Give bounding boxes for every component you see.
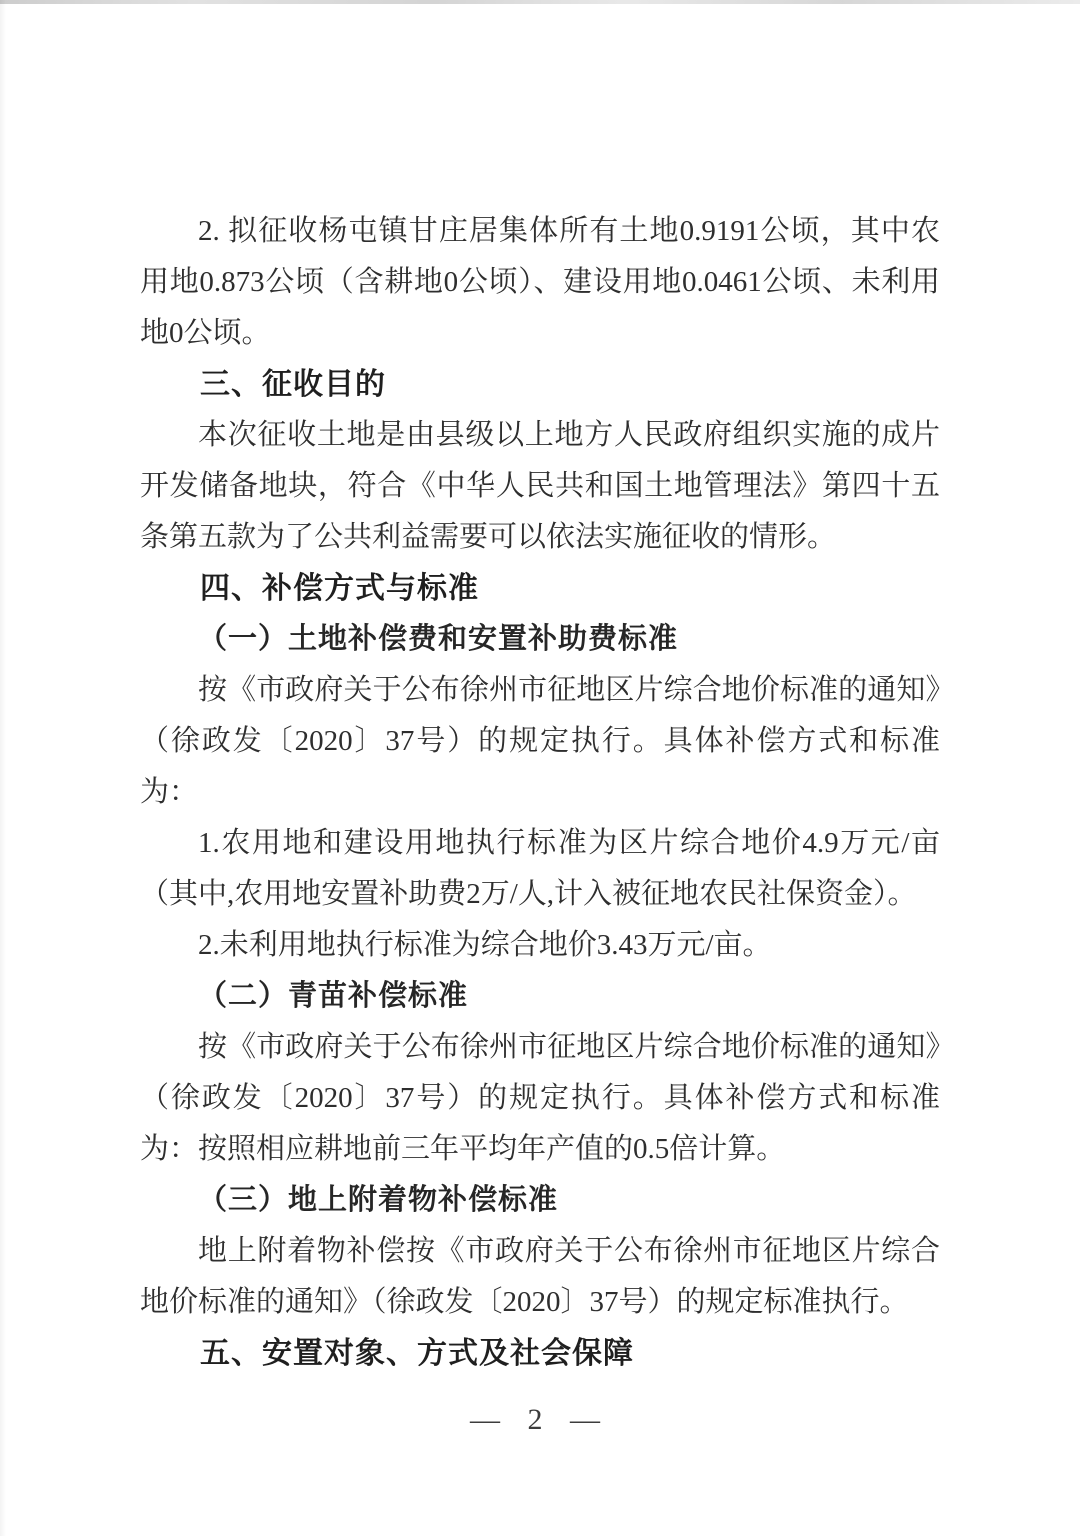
body-paragraph-attachments: 地上附着物补偿按《市政府关于公布徐州市征地区片综合地价标准的通知》（徐政发〔20… bbox=[140, 1226, 940, 1328]
body-paragraph-farmland-standard: 1.农用地和建设用地执行标准为区片综合地价4.9万元/亩（其中,农用地安置补助费… bbox=[140, 818, 940, 920]
subsection-heading-crops: （二）青苗补偿标准 bbox=[140, 971, 940, 1022]
section-heading-purpose: 三、征收目的 bbox=[140, 359, 940, 410]
body-paragraph-unused-standard: 2.未利用地执行标准为综合地价3.43万元/亩。 bbox=[140, 920, 940, 971]
subsection-heading-attachments: （三）地上附着物补偿标准 bbox=[140, 1175, 940, 1226]
document-content: 2. 拟征收杨屯镇甘庄居集体所有土地0.9191公顷，其中农用地0.873公顷（… bbox=[140, 206, 940, 1379]
body-paragraph-purpose: 本次征收土地是由县级以上地方人民政府组织实施的成片开发储备地块，符合《中华人民共… bbox=[140, 410, 940, 563]
scan-shade-artifact bbox=[0, 0, 6, 1536]
body-paragraph-land-parcel: 2. 拟征收杨屯镇甘庄居集体所有土地0.9191公顷，其中农用地0.873公顷（… bbox=[140, 206, 940, 359]
section-heading-compensation: 四、补偿方式与标准 bbox=[140, 563, 940, 614]
page-number: — 2 — bbox=[470, 1403, 610, 1436]
body-paragraph-crops-standard: 按《市政府关于公布徐州市征地区片综合地价标准的通知》（徐政发〔2020〕37号）… bbox=[140, 1022, 940, 1175]
subsection-heading-land-fees: （一）土地补偿费和安置补助费标准 bbox=[140, 614, 940, 665]
page-footer: — 2 — bbox=[0, 1394, 1080, 1445]
scan-edge-artifact bbox=[0, 0, 1080, 4]
body-paragraph-land-fees-basis: 按《市政府关于公布徐州市征地区片综合地价标准的通知》（徐政发〔2020〕37号）… bbox=[140, 665, 940, 818]
section-heading-resettlement: 五、安置对象、方式及社会保障 bbox=[140, 1328, 940, 1379]
